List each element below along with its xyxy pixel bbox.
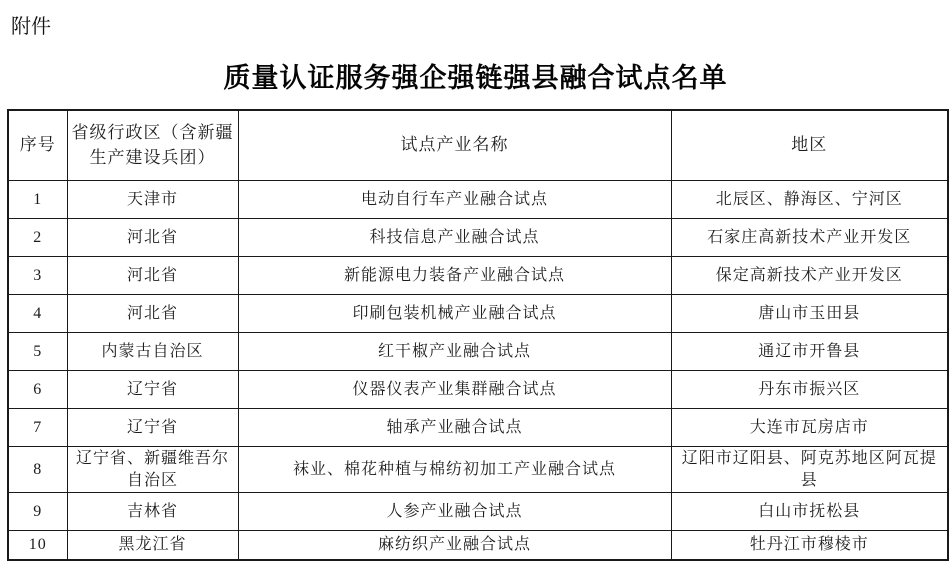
pilot-list-table: 序号 省级行政区（含新疆生产建设兵团） 试点产业名称 地区 1天津市电动自行车产… <box>7 109 949 561</box>
cell-provincial-region: 内蒙古自治区 <box>67 333 238 371</box>
cell-provincial-region: 辽宁省 <box>67 371 238 409</box>
cell-area: 石家庄高新技术产业开发区 <box>671 219 948 257</box>
cell-pilot-industry-name: 麻纺织产业融合试点 <box>238 531 671 560</box>
table-row: 9吉林省人参产业融合试点白山市抚松县 <box>8 493 948 531</box>
cell-serial-number: 8 <box>8 447 67 493</box>
col-header-provincial-region: 省级行政区（含新疆生产建设兵团） <box>67 110 238 181</box>
cell-area: 唐山市玉田县 <box>671 295 948 333</box>
cell-provincial-region: 天津市 <box>67 181 238 219</box>
cell-serial-number: 2 <box>8 219 67 257</box>
table-row: 5内蒙古自治区红干椒产业融合试点通辽市开鲁县 <box>8 333 948 371</box>
cell-area: 通辽市开鲁县 <box>671 333 948 371</box>
cell-serial-number: 7 <box>8 409 67 447</box>
table-row: 3河北省新能源电力装备产业融合试点保定高新技术产业开发区 <box>8 257 948 295</box>
cell-pilot-industry-name: 印刷包装机械产业融合试点 <box>238 295 671 333</box>
col-header-serial-number: 序号 <box>8 110 67 181</box>
table-row: 6辽宁省仪器仪表产业集群融合试点丹东市振兴区 <box>8 371 948 409</box>
table-row: 2河北省科技信息产业融合试点石家庄高新技术产业开发区 <box>8 219 948 257</box>
table-row: 1天津市电动自行车产业融合试点北辰区、静海区、宁河区 <box>8 181 948 219</box>
cell-pilot-industry-name: 红干椒产业融合试点 <box>238 333 671 371</box>
cell-area: 大连市瓦房店市 <box>671 409 948 447</box>
table-header-row: 序号 省级行政区（含新疆生产建设兵团） 试点产业名称 地区 <box>8 110 948 181</box>
cell-serial-number: 4 <box>8 295 67 333</box>
cell-area: 白山市抚松县 <box>671 493 948 531</box>
cell-area: 北辰区、静海区、宁河区 <box>671 181 948 219</box>
cell-area: 保定高新技术产业开发区 <box>671 257 948 295</box>
cell-area: 辽阳市辽阳县、阿克苏地区阿瓦提县 <box>671 447 948 493</box>
table-body: 1天津市电动自行车产业融合试点北辰区、静海区、宁河区2河北省科技信息产业融合试点… <box>8 181 948 560</box>
cell-provincial-region: 河北省 <box>67 295 238 333</box>
col-header-area: 地区 <box>671 110 948 181</box>
cell-provincial-region: 河北省 <box>67 219 238 257</box>
cell-pilot-industry-name: 电动自行车产业融合试点 <box>238 181 671 219</box>
cell-serial-number: 9 <box>8 493 67 531</box>
table-row: 8辽宁省、新疆维吾尔自治区袜业、棉花种植与棉纺初加工产业融合试点辽阳市辽阳县、阿… <box>8 447 948 493</box>
cell-pilot-industry-name: 袜业、棉花种植与棉纺初加工产业融合试点 <box>238 447 671 493</box>
col-header-pilot-industry-name: 试点产业名称 <box>238 110 671 181</box>
cell-area: 牡丹江市穆棱市 <box>671 531 948 560</box>
cell-pilot-industry-name: 科技信息产业融合试点 <box>238 219 671 257</box>
cell-area: 丹东市振兴区 <box>671 371 948 409</box>
cell-pilot-industry-name: 人参产业融合试点 <box>238 493 671 531</box>
cell-pilot-industry-name: 新能源电力装备产业融合试点 <box>238 257 671 295</box>
table-row: 4河北省印刷包装机械产业融合试点唐山市玉田县 <box>8 295 948 333</box>
attachment-label: 附件 <box>11 14 51 40</box>
page-title: 质量认证服务强企强链强县融合试点名单 <box>0 56 951 95</box>
cell-serial-number: 1 <box>8 181 67 219</box>
cell-serial-number: 6 <box>8 371 67 409</box>
cell-serial-number: 10 <box>8 531 67 560</box>
cell-provincial-region: 黑龙江省 <box>67 531 238 560</box>
cell-pilot-industry-name: 轴承产业融合试点 <box>238 409 671 447</box>
table-row: 7辽宁省轴承产业融合试点大连市瓦房店市 <box>8 409 948 447</box>
cell-serial-number: 3 <box>8 257 67 295</box>
cell-serial-number: 5 <box>8 333 67 371</box>
cell-provincial-region: 吉林省 <box>67 493 238 531</box>
cell-provincial-region: 辽宁省 <box>67 409 238 447</box>
cell-provincial-region: 河北省 <box>67 257 238 295</box>
cell-pilot-industry-name: 仪器仪表产业集群融合试点 <box>238 371 671 409</box>
table-row: 10黑龙江省麻纺织产业融合试点牡丹江市穆棱市 <box>8 531 948 560</box>
cell-provincial-region: 辽宁省、新疆维吾尔自治区 <box>67 447 238 493</box>
